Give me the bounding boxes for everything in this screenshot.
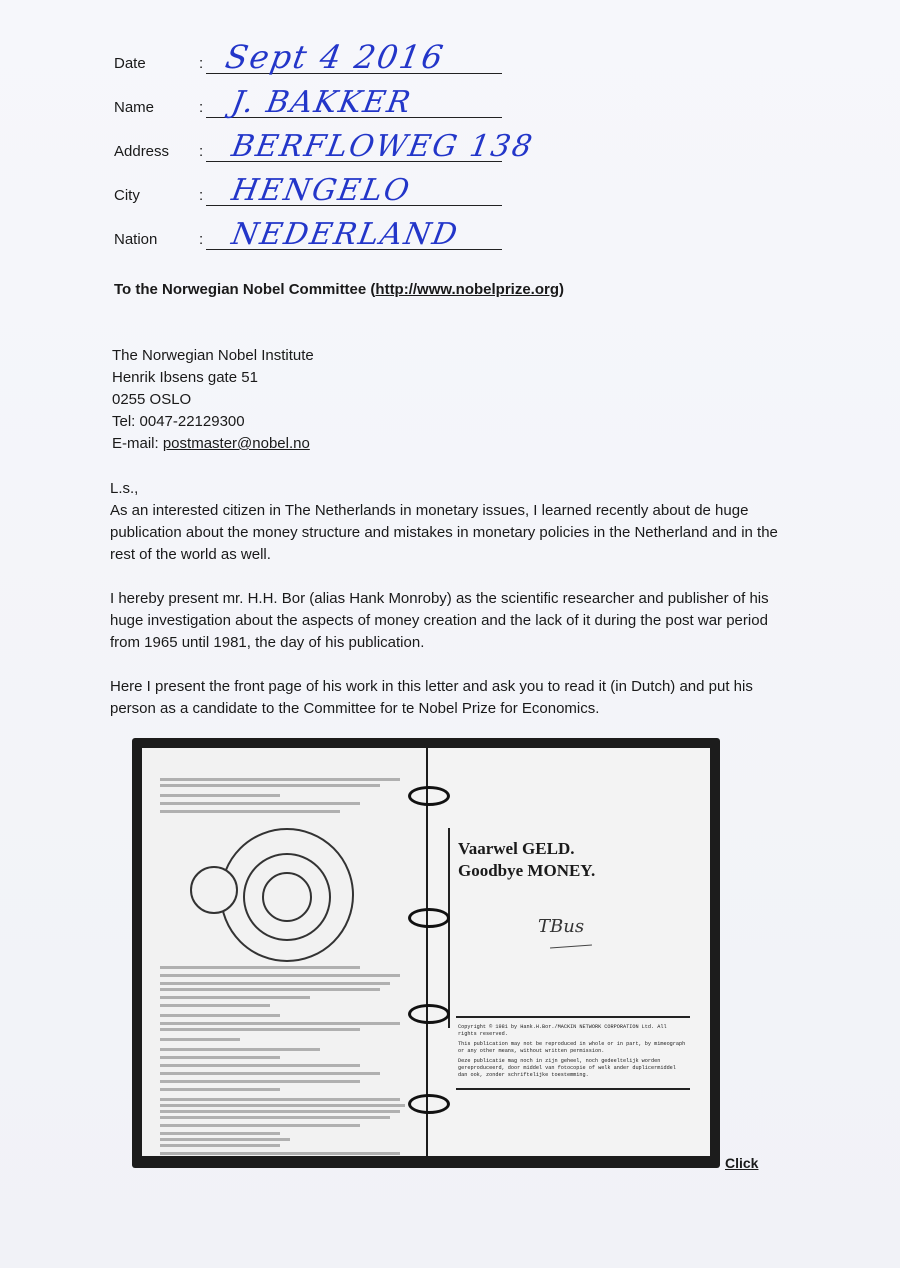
colon: : xyxy=(199,143,203,160)
scanned-text-line xyxy=(160,1098,400,1101)
copyright-line: This publication may not be reproduced i… xyxy=(458,1041,688,1055)
email-line: E-mail: postmaster@nobel.no xyxy=(112,433,314,455)
recipient-heading: To the Norwegian Nobel Committee (http:/… xyxy=(114,281,564,298)
colon: : xyxy=(199,55,203,72)
scanned-text-line xyxy=(160,1152,400,1155)
scanned-text-line xyxy=(160,1110,400,1113)
colon: : xyxy=(199,99,203,116)
email-label: E-mail: xyxy=(112,435,163,452)
heading-text: To the Norwegian Nobel Committee ( xyxy=(114,281,375,298)
address-label: Address xyxy=(114,143,169,160)
binder-ring xyxy=(408,908,450,928)
scanned-text-line xyxy=(160,1138,290,1141)
book-title: Vaarwel GELD. Goodbye MONEY. xyxy=(458,838,595,882)
scanned-text-line xyxy=(160,810,340,813)
date-label: Date xyxy=(114,55,146,72)
copyright-line: Deze publicatie mag noch in zijn geheel,… xyxy=(458,1058,688,1079)
letter-page: Date : Sept 4 2016 Name : J. BAKKER Addr… xyxy=(0,0,900,1268)
street-address: Henrik Ibsens gate 51 xyxy=(112,367,314,389)
scanned-text-line xyxy=(160,1124,360,1127)
scanned-text-line xyxy=(160,996,310,999)
scanned-text-line xyxy=(160,1048,320,1051)
scanned-text-line xyxy=(160,802,360,805)
salutation: L.s., xyxy=(110,478,800,500)
email-link[interactable]: postmaster@nobel.no xyxy=(163,435,310,452)
scanned-text-line xyxy=(160,966,360,969)
scanned-text-line xyxy=(160,1144,280,1147)
title-bar xyxy=(448,828,450,1028)
binder-ring xyxy=(408,1094,450,1114)
address-value: BERFLOWEG 138 xyxy=(229,129,537,164)
book-title-dutch: Vaarwel GELD. xyxy=(458,838,595,860)
nation-label: Nation xyxy=(114,231,157,248)
telephone: Tel: 0047-22129300 xyxy=(112,411,314,433)
scanned-text-line xyxy=(160,988,380,991)
nobelprize-link[interactable]: http://www.nobelprize.org xyxy=(375,281,559,298)
heading-suffix: ) xyxy=(559,281,564,298)
colon: : xyxy=(199,187,203,204)
copyright-notice: Copyright © 1981 by Hank.H.Bor./MACKIN N… xyxy=(456,1016,690,1090)
binder-ring xyxy=(408,1004,450,1024)
scanned-text-line xyxy=(160,1028,360,1031)
city-label: City xyxy=(114,187,140,204)
scanned-text-line xyxy=(160,1072,380,1075)
paragraph: As an interested citizen in The Netherla… xyxy=(110,500,800,566)
scanned-text-line xyxy=(160,1116,390,1119)
scanned-text-line xyxy=(160,1022,400,1025)
paragraph: I hereby present mr. H.H. Bor (alias Han… xyxy=(110,588,800,654)
scanned-text-line xyxy=(160,1014,280,1017)
signature-stroke xyxy=(550,945,592,949)
scanned-text-line xyxy=(160,1038,240,1041)
recipient-address: The Norwegian Nobel Institute Henrik Ibs… xyxy=(112,345,314,455)
scanned-text-line xyxy=(160,794,280,797)
scanned-text-line xyxy=(160,1056,280,1059)
scanned-text-line xyxy=(160,778,400,781)
name-label: Name xyxy=(114,99,154,116)
diagram-inner-circle xyxy=(262,872,312,922)
letter-body: L.s., As an interested citizen in The Ne… xyxy=(110,478,800,742)
diagram-side-circle xyxy=(190,866,238,914)
paragraph: Here I present the front page of his wor… xyxy=(110,676,800,720)
click-link[interactable]: Click xyxy=(725,1155,758,1171)
city-value: HENGELO xyxy=(229,173,414,208)
book-title-english: Goodbye MONEY. xyxy=(458,860,595,882)
book-left-page xyxy=(142,748,426,1156)
scanned-text-line xyxy=(160,1104,405,1107)
copyright-line: Copyright © 1981 by Hank.H.Bor./MACKIN N… xyxy=(458,1024,688,1038)
author-signature: TBus xyxy=(538,916,584,937)
date-value: Sept 4 2016 xyxy=(223,38,448,76)
nation-value: NEDERLAND xyxy=(229,217,462,252)
scanned-text-line xyxy=(160,1064,360,1067)
name-value: J. BAKKER xyxy=(229,85,415,120)
book-right-page: Vaarwel GELD. Goodbye MONEY. TBus Copyri… xyxy=(428,748,710,1156)
postal-city: 0255 OSLO xyxy=(112,389,314,411)
scanned-text-line xyxy=(160,1004,270,1007)
scanned-text-line xyxy=(160,982,390,985)
book-front-page-image[interactable]: Vaarwel GELD. Goodbye MONEY. TBus Copyri… xyxy=(132,738,720,1168)
scanned-text-line xyxy=(160,1080,360,1083)
scanned-text-line xyxy=(160,1132,280,1135)
scanned-text-line xyxy=(160,1088,280,1091)
institute-name: The Norwegian Nobel Institute xyxy=(112,345,314,367)
scanned-text-line xyxy=(160,974,400,977)
scanned-text-line xyxy=(160,784,380,787)
colon: : xyxy=(199,231,203,248)
binder-ring xyxy=(408,786,450,806)
